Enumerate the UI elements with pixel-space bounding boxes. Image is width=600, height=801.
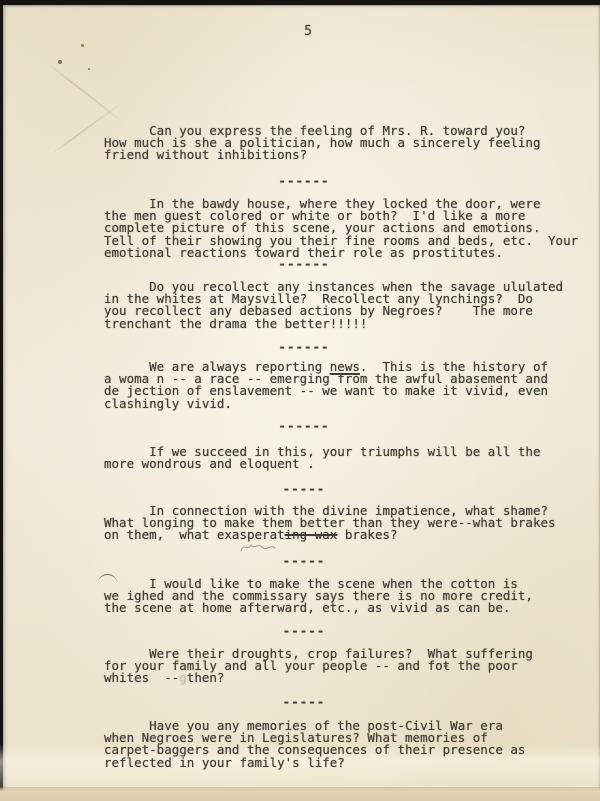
typewritten-line: reflected in your family's life?: [104, 757, 525, 769]
typewritten-line: the scene at home afterward, etc., as vi…: [104, 602, 533, 614]
typewritten-line: whites --gthen?: [104, 672, 533, 684]
paper-bottom-edge: [0, 787, 600, 801]
dashed-separator: -----: [104, 481, 504, 496]
smudged-character: g: [179, 670, 187, 685]
paper-speck: [58, 60, 62, 64]
page-number: 5: [296, 24, 320, 39]
paper-speck: [81, 44, 84, 47]
dashed-separator: -----: [104, 623, 504, 638]
typewritten-line: more wondrous and eloquent .: [104, 458, 541, 470]
line-segment: whites --: [104, 670, 179, 685]
paragraph-mrs-r-feeling: Can you express the feeling of Mrs. R. t…: [104, 125, 541, 162]
struck-out-text: ing-wax: [285, 527, 338, 542]
line-segment: then?: [187, 670, 225, 685]
typewritten-line: friend without inhibitions?: [104, 149, 541, 161]
dashed-separator: ------: [104, 256, 504, 271]
dashed-separator: ------: [104, 339, 504, 354]
dashed-separator: -----: [104, 694, 504, 709]
typewritten-line: on them, what exasperating-wax brakes?: [104, 529, 556, 541]
paragraph-divine-impatience: In connection with the divine impatience…: [104, 505, 556, 542]
paragraph-triumphs: If we succeed in this, your triumphs wil…: [104, 446, 541, 470]
typewritten-line: trenchant the drama the better!!!!!: [104, 318, 563, 330]
paragraph-post-civil-war: Have you any memories of the post-Civil …: [104, 720, 525, 769]
paragraph-cotton-weighed: I would like to make the scene when the …: [104, 578, 533, 615]
paper-speck: [88, 68, 90, 70]
scanned-document: 5 Can you express the feeling of Mrs. R.…: [0, 0, 600, 801]
paragraph-bawdy-house: In the bawdy house, where they locked th…: [104, 198, 578, 259]
dashed-separator: ------: [104, 173, 504, 188]
typewritten-line: clashingly vivid.: [104, 398, 548, 410]
line-segment: brakes?: [337, 527, 397, 542]
paragraph-reporting-news: We are always reporting news. This is th…: [104, 361, 548, 410]
paragraph-droughts-failures: Were their droughts, crop failures? What…: [104, 648, 533, 685]
paragraph-maysville-recollections: Do you recollect any instances when the …: [104, 281, 563, 330]
dashed-separator: -----: [104, 553, 504, 568]
dashed-separator: ------: [104, 418, 504, 433]
